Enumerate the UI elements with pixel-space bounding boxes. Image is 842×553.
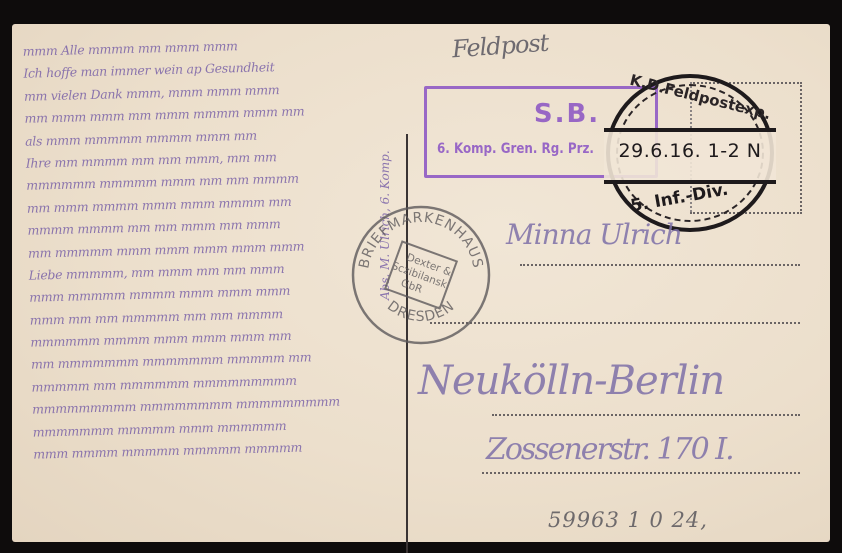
- address-line-3: [492, 414, 800, 416]
- unit-cachet-subtitle: 6. Komp. Gren. Rg. Prz.: [437, 141, 594, 157]
- dealer-stamp-icon: BRIEFMARKENHAUS DRESDEN Dexter & Sczibil…: [350, 204, 492, 346]
- recipient-name: Minna Ulrich: [506, 218, 682, 251]
- feldpost-postmark: K.D.Feldpostexp. 29.6.16. 1-2 N 5. Inf.-…: [606, 74, 774, 232]
- recipient-street: Zossenerstr. 170 I.: [486, 432, 733, 467]
- handwritten-message: mmm Alle mmmm mm mmm mmmIch hoffe man im…: [22, 31, 393, 466]
- dealer-watermark-stamp: BRIEFMARKENHAUS DRESDEN Dexter & Sczibil…: [350, 204, 492, 346]
- address-line-4: [482, 472, 800, 474]
- recipient-city: Neukölln-Berlin: [418, 358, 724, 404]
- address-line-1: [520, 264, 800, 266]
- pencil-inventory-note: 59963 1 0 24,: [548, 508, 708, 532]
- postmark-date: 29.6.16. 1-2 N: [606, 140, 774, 162]
